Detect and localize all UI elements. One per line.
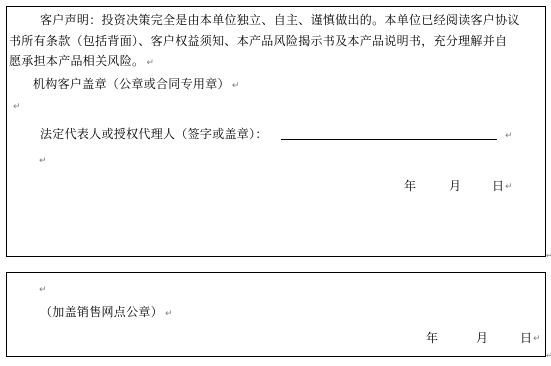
paragraph-mark-icon: ↵ — [165, 309, 173, 319]
paragraph-mark-icon: ↵ — [39, 156, 47, 166]
paragraph-mark-icon: ↵ — [146, 58, 154, 68]
cell-end-mark-icon: ↵ — [546, 252, 551, 260]
legal-representative-line: 法定代表人或授权代理人（签字或盖章）： — [40, 127, 268, 141]
paragraph-mark-icon: ↵ — [39, 285, 47, 295]
paragraph-mark-icon: ↵ — [505, 182, 513, 192]
cell-end-mark-icon: ↵ — [546, 352, 551, 360]
declaration-statement-line-2: 书所有条款（包括背面）、客户权益须知、本产品风险揭示书及本产品说明书，充分理解并… — [9, 34, 507, 48]
branch-seal-line: （加盖销售网点公章）↵ — [40, 305, 173, 321]
branch-date-year-label: 年 — [426, 331, 438, 345]
paragraph-mark-icon: ↵ — [13, 102, 21, 112]
date-year-label: 年 — [404, 179, 416, 193]
date-day-label: 日 — [492, 179, 504, 193]
date-month-label: 月 — [449, 179, 461, 193]
declaration-statement-line-3: 愿承担本产品相关风险。↵ — [9, 54, 154, 70]
institution-seal-label: 机构客户盖章（公章或合同专用章） — [33, 77, 230, 91]
declaration-text-2: 书所有条款（包括背面）、客户权益须知、本产品风险揭示书及本产品说明书，充分理解并… — [9, 34, 507, 48]
signature-field[interactable] — [281, 139, 497, 140]
declaration-statement-line-1: 客户声明：投资决策完全是由本单位独立、自主、谨慎做出的。本单位已经阅读客户协议 — [40, 13, 520, 27]
paragraph-mark-icon: ↵ — [505, 131, 513, 141]
branch-date-day-label: 日 — [520, 331, 532, 345]
branch-date-month-label: 月 — [476, 331, 488, 345]
paragraph-mark-icon: ↵ — [533, 334, 541, 344]
branch-seal-label: （加盖销售网点公章） — [40, 305, 163, 319]
declaration-text-1: 客户声明：投资决策完全是由本单位独立、自主、谨慎做出的。本单位已经阅读客户协议 — [40, 13, 520, 27]
paragraph-mark-icon: ↵ — [232, 81, 240, 91]
declaration-text-3: 愿承担本产品相关风险。 — [9, 54, 144, 68]
legal-representative-label: 法定代表人或授权代理人（签字或盖章）： — [40, 127, 268, 141]
institution-seal-line: 机构客户盖章（公章或合同专用章）↵ — [33, 77, 240, 93]
